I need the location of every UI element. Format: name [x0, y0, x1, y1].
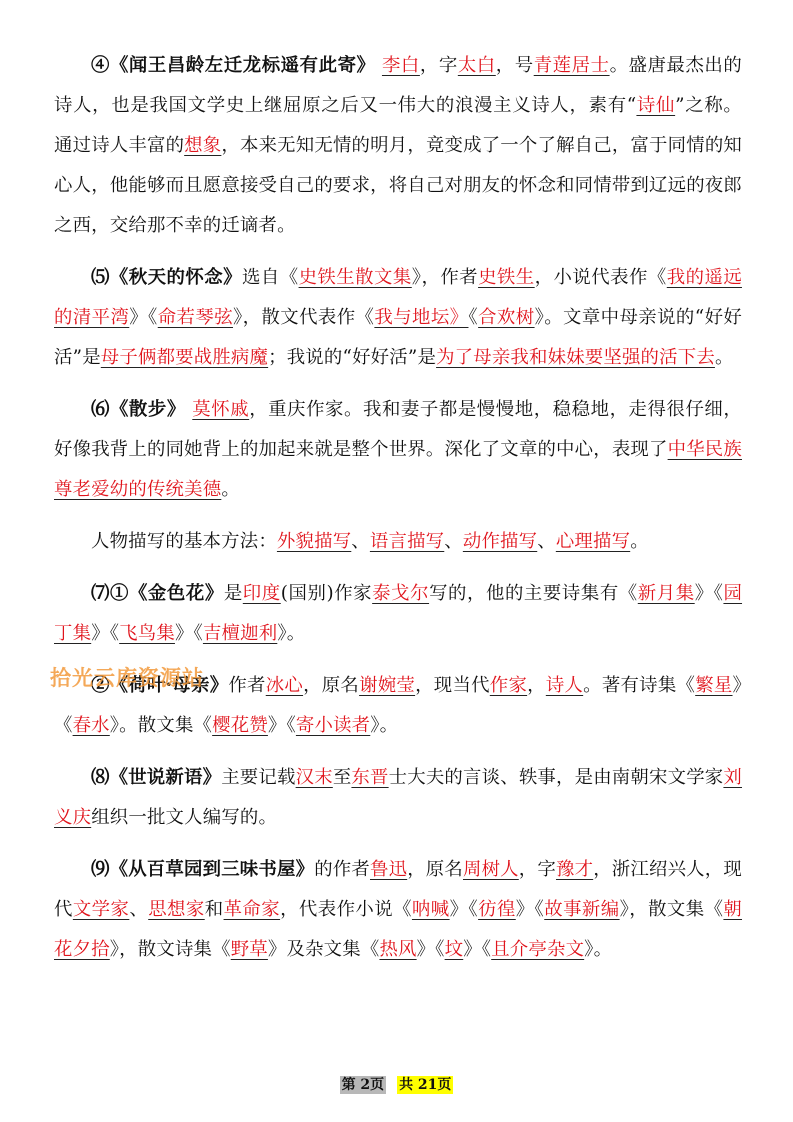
- answer-text: 故事新编: [544, 899, 619, 920]
- body-text: 》《: [91, 623, 119, 644]
- body-text: 至: [333, 767, 352, 788]
- body-text: ，字: [519, 859, 556, 880]
- body-text: ，: [527, 675, 546, 696]
- answer-text: 文学家: [73, 899, 130, 920]
- body-text: ，原名: [407, 859, 463, 880]
- paragraph-li-bai: ④《闻王昌龄左迁龙标遥有此寄》 李白，字太白，号青莲居士。盛唐最杰出的诗人，也是…: [54, 46, 742, 246]
- body-text: 。著有诗集《: [583, 675, 695, 696]
- body-text: ；我说的“好好活”是: [268, 347, 436, 368]
- answer-text: 革命家: [224, 899, 281, 920]
- answer-text: 史铁生: [478, 267, 535, 288]
- body-text: 作者: [228, 675, 265, 696]
- body-text: 》。: [370, 715, 398, 736]
- answer-text: 想象: [184, 135, 221, 156]
- body-text: 《: [468, 307, 478, 328]
- body-text: ，代表作小说《: [280, 899, 412, 920]
- paragraph-walk: ⑹《散步》 莫怀戚，重庆作家。我和妻子都是慢慢地，稳稳地，走得很仔细，好像我背上…: [54, 390, 742, 510]
- answer-text: 诗仙: [636, 95, 675, 116]
- body-text: 和: [205, 899, 224, 920]
- answer-text: 莫怀戚: [192, 399, 249, 420]
- answer-text: 樱花赞: [212, 715, 268, 736]
- body-text: 写的，他的主要诗集有《: [429, 583, 638, 604]
- body-text: 》《: [268, 715, 296, 736]
- body-text: 》《: [129, 307, 157, 328]
- body-text: 、: [537, 531, 556, 552]
- answer-text: 热风: [379, 939, 416, 960]
- answer-text: 汉末: [296, 767, 333, 788]
- answer-text: 彷徨: [478, 899, 516, 920]
- body-text: (国别)作家: [281, 583, 372, 604]
- answer-text: 外貌描写: [277, 531, 351, 552]
- answer-text: 心理描写: [556, 531, 630, 552]
- answer-text: 豫才: [556, 859, 593, 880]
- body-text: 》。散文集《: [110, 715, 212, 736]
- paragraph-lu-xun: ⑼《从百草园到三味书屋》的作者鲁迅，原名周树人，字豫才，浙江绍兴人，现代文学家、…: [54, 850, 742, 970]
- body-text: 。: [715, 347, 734, 368]
- answer-text: 我与地坛》: [374, 307, 468, 328]
- paragraph-autumn-memory: ⑸《秋天的怀念》选自《史铁生散文集》，作者史铁生，小说代表作《我的遥远的清平湾》…: [54, 258, 742, 378]
- body-text: 》。: [277, 623, 305, 644]
- answer-text: 动作描写: [463, 531, 537, 552]
- answer-text: 东晋: [351, 767, 388, 788]
- body-text: ，字: [420, 55, 458, 76]
- answer-text: 思想家: [148, 899, 205, 920]
- answer-text: 史铁生散文集: [299, 267, 412, 288]
- body-text: 》《: [463, 939, 491, 960]
- answer-text: 鲁迅: [370, 859, 407, 880]
- body-text: 》及杂文集《: [268, 939, 380, 960]
- answer-text: 合欢树: [478, 307, 534, 328]
- body-text: 》《: [450, 899, 478, 920]
- body-text: 》，散文代表作《: [233, 307, 374, 328]
- body-text: 选自《: [242, 267, 299, 288]
- answer-text: 青莲居士: [534, 55, 610, 76]
- answer-text: 周树人: [463, 859, 519, 880]
- answer-text: 繁星: [695, 675, 732, 696]
- work-title: ⑹《散步》: [91, 399, 186, 420]
- body-text: ，现当代: [415, 675, 490, 696]
- body-text: 》《: [417, 939, 445, 960]
- work-title: ②《荷叶·母亲》: [91, 675, 228, 696]
- body-text: 。: [221, 479, 240, 500]
- work-title: ⑻《世说新语》: [91, 767, 221, 788]
- paragraph-description-methods: 人物描写的基本方法：外貌描写、语言描写、动作描写、心理描写。: [54, 522, 742, 562]
- body-text: 士大夫的言谈、轶事，是由南朝宋文学家: [389, 767, 724, 788]
- answer-text: 作家: [490, 675, 527, 696]
- body-text: ，小说代表作《: [535, 267, 667, 288]
- body-text: 。: [630, 531, 649, 552]
- answer-text: 飞鸟集: [119, 623, 175, 644]
- answer-text: 吉檀迦利: [203, 623, 277, 644]
- body-text: 》，散文诗集《: [110, 939, 231, 960]
- answer-text: 坟: [445, 939, 464, 960]
- answer-text: 冰心: [266, 675, 303, 696]
- body-text: 》，作者: [412, 267, 478, 288]
- document-page: ④《闻王昌龄左迁龙标遥有此寄》 李白，字太白，号青莲居士。盛唐最杰出的诗人，也是…: [54, 46, 742, 970]
- body-text: 》，散文集《: [620, 899, 724, 920]
- answer-text: 为了母亲我和妹妹要坚强的活下去: [436, 347, 715, 368]
- answer-text: 李白: [382, 55, 420, 76]
- total-pages: 共 21页: [397, 1076, 453, 1094]
- answer-text: 且介亭杂文: [491, 939, 584, 960]
- body-text: 》。: [584, 939, 612, 960]
- answer-text: 诗人: [546, 675, 583, 696]
- body-text: 组织一批文人编写的。: [91, 807, 277, 828]
- body-text: 的作者: [314, 859, 370, 880]
- answer-text: 呐喊: [412, 899, 450, 920]
- answer-text: 新月集: [638, 583, 695, 604]
- current-page-number: 第 2页: [340, 1076, 387, 1094]
- work-title: ⑸《秋天的怀念》: [91, 267, 242, 288]
- body-text: 是: [224, 583, 243, 604]
- body-text: 》《: [175, 623, 203, 644]
- body-text: 、: [444, 531, 463, 552]
- answer-text: 语言描写: [370, 531, 444, 552]
- body-text: ，原名: [303, 675, 359, 696]
- body-text: 》《: [516, 899, 544, 920]
- paragraph-shishuo-xinyu: ⑻《世说新语》主要记载汉末至东晋士大夫的言谈、轶事，是由南朝宋文学家刘义庆组织一…: [54, 758, 742, 838]
- answer-text: 野草: [231, 939, 268, 960]
- answer-text: 泰戈尔: [372, 583, 429, 604]
- page-footer: 第 2页 共 21页: [0, 1074, 793, 1094]
- body-text: 、: [129, 899, 148, 920]
- body-text: 》《: [695, 583, 724, 604]
- answer-text: 命若琴弦: [158, 307, 233, 328]
- answer-text: 春水: [73, 715, 110, 736]
- answer-text: 太白: [458, 55, 496, 76]
- answer-text: 寄小读者: [296, 715, 370, 736]
- body-text: 、: [351, 531, 370, 552]
- work-title: ④《闻王昌龄左迁龙标遥有此寄》: [91, 55, 376, 76]
- answer-text: 印度: [243, 583, 281, 604]
- body-text: ，号: [496, 55, 534, 76]
- body-text: 人物描写的基本方法：: [91, 531, 277, 552]
- body-text: 主要记载: [221, 767, 295, 788]
- work-title: ⑼《从百草园到三味书屋》: [91, 859, 314, 880]
- paragraph-golden-flower: ⑺①《金色花》是印度(国别)作家泰戈尔写的，他的主要诗集有《新月集》《园丁集》《…: [54, 574, 742, 654]
- paragraph-lotus-mother: ②《荷叶·母亲》作者冰心，原名谢婉莹，现当代作家，诗人。著有诗集《繁星》《春水》…: [54, 666, 742, 746]
- answer-text: 母子俩都要战胜病魔: [101, 347, 268, 368]
- work-title: ⑺①《金色花》: [91, 583, 224, 604]
- answer-text: 谢婉莹: [359, 675, 415, 696]
